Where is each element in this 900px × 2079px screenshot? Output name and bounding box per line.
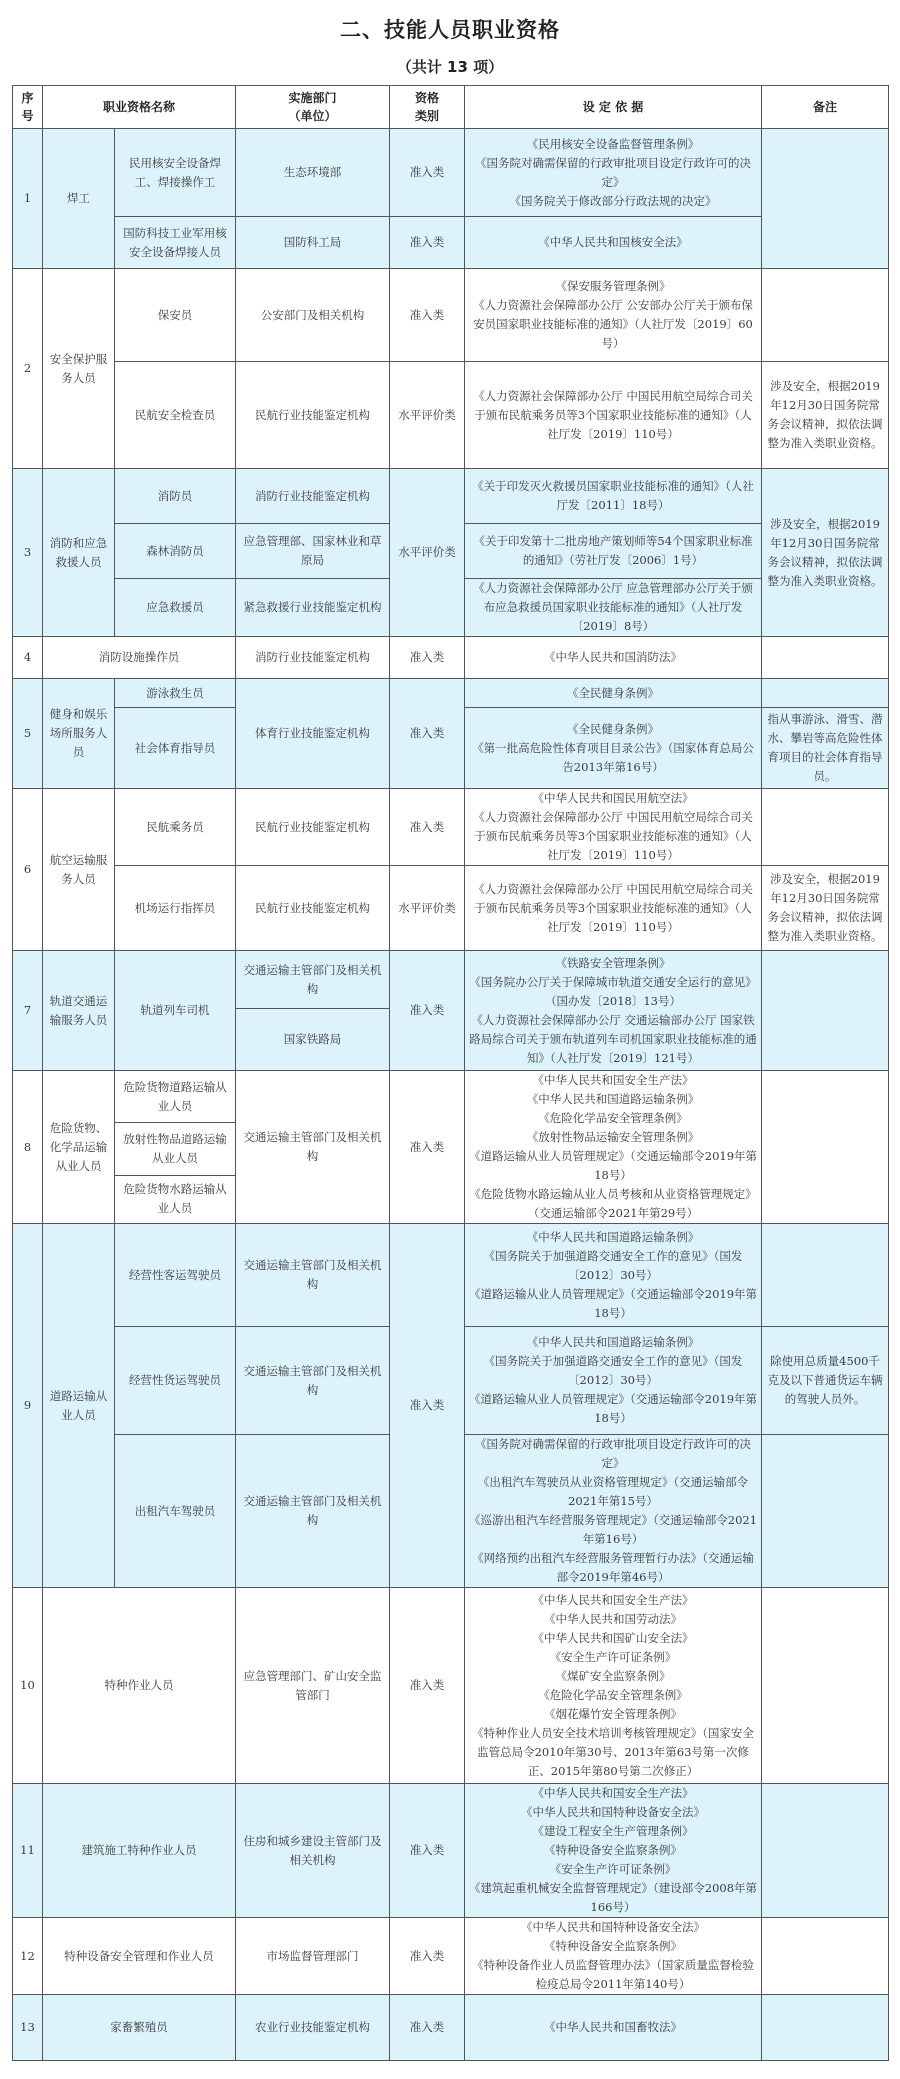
header-dept: 实施部门（单位） — [236, 86, 390, 129]
basis-item: 《中华人民共和国劳动法》 — [469, 1610, 757, 1629]
cell-basis: 《关于印发第十二批房地产策划师等54个国家职业标准的通知》（劳社厅发〔2006〕… — [465, 524, 762, 579]
cell-no: 12 — [13, 1918, 43, 1995]
cell-no: 4 — [13, 637, 43, 679]
basis-item: 《中华人民共和国特种设备安全法》 — [469, 1918, 757, 1937]
cell-type: 准入类 — [390, 637, 465, 679]
basis-item: 《特种作业人员安全技术培训考核管理规定》（国家安全监管总局令2010年第30号、… — [469, 1724, 757, 1781]
cell-type: 准入类 — [390, 1588, 465, 1784]
header-name: 职业资格名称 — [43, 86, 236, 129]
basis-item: 《人力资源社会保障部办公厅 中国民用航空局综合司关于颁布民航乘务员等3个国家职业… — [469, 808, 757, 865]
basis-item: 《中华人民共和国民用航空法》 — [469, 789, 757, 808]
header-type-line1: 资格 — [394, 89, 460, 107]
table-row: 12 特种设备安全管理和作业人员 市场监督管理部门 准入类 《中华人民共和国特种… — [13, 1918, 889, 1995]
cell-dept: 消防行业技能鉴定机构 — [236, 637, 390, 679]
basis-item: 《中华人民共和国道路运输条例》 — [469, 1228, 757, 1247]
basis-item: 《人力资源社会保障部办公厅 应急管理部办公厅关于颁布应急救援员国家职业技能标准的… — [469, 579, 757, 636]
cell-dept: 紧急救援行业技能鉴定机构 — [236, 579, 390, 637]
cell-note: 除使用总质量4500千克及以下普通货运车辆的驾驶人员外。 — [762, 1327, 889, 1435]
cell-type: 水平评价类 — [390, 362, 465, 469]
cell-category: 安全保护服务人员 — [43, 269, 115, 469]
cell-note — [762, 637, 889, 679]
basis-item: 《中华人民共和国畜牧法》 — [469, 2018, 757, 2037]
basis-item: 《危险货物水路运输从业人员考核和从业资格管理规定》（交通运输部令2021年第29… — [469, 1185, 757, 1223]
cell-name: 机场运行指挥员 — [115, 866, 236, 951]
header-type-line2: 类别 — [394, 107, 460, 125]
cell-dept: 市场监督管理部门 — [236, 1918, 390, 1995]
cell-basis: 《保安服务管理条例》 《人力资源社会保障部办公厅 公安部办公厅关于颁布保安员国家… — [465, 269, 762, 362]
page-title: 二、技能人员职业资格 — [0, 14, 900, 44]
basis-item: 《安全生产许可证条例》 — [469, 1860, 757, 1879]
cell-note — [762, 129, 889, 269]
table-row: 国防科技工业军用核安全设备焊接人员 国防科工局 准入类 《中华人民共和国核安全法… — [13, 217, 889, 269]
table-row: 2 安全保护服务人员 保安员 公安部门及相关机构 准入类 《保安服务管理条例》 … — [13, 269, 889, 362]
cell-name: 游泳救生员 — [115, 679, 236, 708]
cell-category: 道路运输从业人员 — [43, 1224, 115, 1588]
basis-item: 《出租汽车驾驶员从业资格管理规定》（交通运输部令2021年第15号） — [469, 1473, 757, 1511]
cell-name: 民航安全检查员 — [115, 362, 236, 469]
header-no-label: 序号 — [21, 91, 33, 123]
basis-item: 《国务院对确需保留的行政审批项目设定行政许可的决定》 — [469, 1435, 757, 1473]
basis-item: 《危险化学品安全管理条例》 — [469, 1109, 757, 1128]
cell-category: 轨道交通运输服务人员 — [43, 951, 115, 1071]
basis-item: 《人力资源社会保障部办公厅 交通运输部办公厅 国家铁路局综合司关于颁布轨道列车司… — [469, 1011, 757, 1068]
cell-type: 水平评价类 — [390, 469, 465, 637]
header-basis: 设 定 依 据 — [465, 86, 762, 129]
cell-basis: 《中华人民共和国道路运输条例》 《国务院关于加强道路交通安全工作的意见》（国发〔… — [465, 1224, 762, 1327]
cell-dept: 生态环境部 — [236, 129, 390, 217]
basis-item: 《中华人民共和国安全生产法》 — [469, 1591, 757, 1610]
header-type: 资格类别 — [390, 86, 465, 129]
table-row: 9 道路运输从业人员 经营性客运驾驶员 交通运输主管部门及相关机构 准入类 《中… — [13, 1224, 889, 1327]
cell-no: 13 — [13, 1995, 43, 2061]
cell-dept: 应急管理部、国家林业和草原局 — [236, 524, 390, 579]
table-row: 民航安全检查员 民航行业技能鉴定机构 水平评价类 《人力资源社会保障部办公厅 中… — [13, 362, 889, 469]
cell-note — [762, 1588, 889, 1784]
cell-dept: 体育行业技能鉴定机构 — [236, 679, 390, 789]
basis-item: 《煤矿安全监察条例》 — [469, 1667, 757, 1686]
basis-item: 《特种设备作业人员监督管理办法》（国家质量监督检验检疫总局令2011年第140号… — [469, 1956, 757, 1994]
basis-item: 《放射性物品运输安全管理条例》 — [469, 1128, 757, 1147]
cell-name: 森林消防员 — [115, 524, 236, 579]
basis-item: 《铁路安全管理条例》 — [469, 954, 757, 973]
header-dept-line1: 实施部门 — [240, 89, 385, 107]
cell-basis: 《中华人民共和国道路运输条例》 《国务院关于加强道路交通安全工作的意见》（国发〔… — [465, 1327, 762, 1435]
cell-type: 准入类 — [390, 129, 465, 217]
cell-note: 涉及安全，根据2019年12月30日国务院常务会议精神，拟依法调整为准入类职业资… — [762, 866, 889, 951]
cell-type: 准入类 — [390, 679, 465, 789]
cell-type: 准入类 — [390, 269, 465, 362]
cell-note — [762, 1918, 889, 1995]
cell-type: 水平评价类 — [390, 866, 465, 951]
table-row: 10 特种作业人员 应急管理部门、矿山安全监管部门 准入类 《中华人民共和国安全… — [13, 1588, 889, 1784]
cell-dept: 交通运输主管部门及相关机构 — [236, 1224, 390, 1327]
basis-item: 《巡游出租汽车经营服务管理规定》（交通运输部令2021年第16号） — [469, 1511, 757, 1549]
cell-name: 国防科技工业军用核安全设备焊接人员 — [115, 217, 236, 269]
cell-name: 民航乘务员 — [115, 789, 236, 866]
cell-category: 消防和应急救援人员 — [43, 469, 115, 637]
qualification-table: 序号 职业资格名称 实施部门（单位） 资格类别 设 定 依 据 备注 1 焊工 … — [12, 85, 889, 2061]
cell-dept: 交通运输主管部门及相关机构 — [236, 1071, 390, 1224]
basis-item: 《民用核安全设备监督管理条例》 — [469, 135, 757, 154]
cell-basis: 《中华人民共和国安全生产法》 《中华人民共和国特种设备安全法》 《建设工程安全生… — [465, 1784, 762, 1918]
basis-item: 《建筑起重机械安全监督管理规定》（建设部令2008年第166号） — [469, 1879, 757, 1917]
table-row: 11 建筑施工特种作业人员 住房和城乡建设主管部门及相关机构 准入类 《中华人民… — [13, 1784, 889, 1918]
cell-type: 准入类 — [390, 217, 465, 269]
cell-no: 9 — [13, 1224, 43, 1588]
cell-basis: 《民用核安全设备监督管理条例》 《国务院对确需保留的行政审批项目设定行政许可的决… — [465, 129, 762, 217]
cell-note — [762, 1784, 889, 1918]
basis-item: 《关于印发第十二批房地产策划师等54个国家职业标准的通知》（劳社厅发〔2006〕… — [469, 532, 757, 570]
cell-dept: 交通运输主管部门及相关机构 — [236, 1435, 390, 1588]
cell-category: 危险货物、化学品运输从业人员 — [43, 1071, 115, 1224]
cell-name: 保安员 — [115, 269, 236, 362]
cell-basis: 《中华人民共和国民用航空法》 《人力资源社会保障部办公厅 中国民用航空局综合司关… — [465, 789, 762, 866]
basis-item: 《道路运输从业人员管理规定》（交通运输部令2019年第18号） — [469, 1285, 757, 1323]
basis-item: 《中华人民共和国道路运输条例》 — [469, 1333, 757, 1352]
cell-no: 8 — [13, 1071, 43, 1224]
cell-category: 消防设施操作员 — [43, 637, 236, 679]
cell-dept: 民航行业技能鉴定机构 — [236, 362, 390, 469]
cell-dept: 住房和城乡建设主管部门及相关机构 — [236, 1784, 390, 1918]
cell-no: 7 — [13, 951, 43, 1071]
cell-category: 健身和娱乐场所服务人员 — [43, 679, 115, 789]
basis-item: 《中华人民共和国安全生产法》 — [469, 1784, 757, 1803]
cell-name: 消防员 — [115, 469, 236, 524]
cell-dept: 农业行业技能鉴定机构 — [236, 1995, 390, 2061]
cell-note — [762, 1435, 889, 1588]
cell-basis: 《国务院对确需保留的行政审批项目设定行政许可的决定》 《出租汽车驾驶员从业资格管… — [465, 1435, 762, 1588]
table-row: 机场运行指挥员 民航行业技能鉴定机构 水平评价类 《人力资源社会保障部办公厅 中… — [13, 866, 889, 951]
table-row: 6 航空运输服务人员 民航乘务员 民航行业技能鉴定机构 准入类 《中华人民共和国… — [13, 789, 889, 866]
cell-note — [762, 679, 889, 708]
cell-basis: 《关于印发灭火救援员国家职业技能标准的通知》（人社厅发〔2011〕18号） — [465, 469, 762, 524]
cell-note — [762, 1071, 889, 1224]
cell-dept: 公安部门及相关机构 — [236, 269, 390, 362]
cell-note: 涉及安全，根据2019年12月30日国务院常务会议精神，拟依法调整为准入类职业资… — [762, 362, 889, 469]
cell-no: 11 — [13, 1784, 43, 1918]
cell-note — [762, 1995, 889, 2061]
cell-note: 涉及安全，根据2019年12月30日国务院常务会议精神，拟依法调整为准入类职业资… — [762, 469, 889, 637]
basis-item: 《特种设备安全监察条例》 — [469, 1937, 757, 1956]
cell-basis: 《全民健身条例》 — [465, 679, 762, 708]
table-row: 1 焊工 民用核安全设备焊工、焊接操作工 生态环境部 准入类 《民用核安全设备监… — [13, 129, 889, 217]
cell-basis: 《中华人民共和国安全生产法》 《中华人民共和国道路运输条例》 《危险化学品安全管… — [465, 1071, 762, 1224]
cell-dept: 国家铁路局 — [236, 1009, 390, 1071]
cell-type: 准入类 — [390, 1918, 465, 1995]
cell-basis: 《中华人民共和国安全生产法》 《中华人民共和国劳动法》 《中华人民共和国矿山安全… — [465, 1588, 762, 1784]
table-row: 3 消防和应急救援人员 消防员 消防行业技能鉴定机构 水平评价类 《关于印发灭火… — [13, 469, 889, 524]
basis-item: 《道路运输从业人员管理规定》（交通运输部令2019年第18号） — [469, 1147, 757, 1185]
basis-item: 《危险化学品安全管理条例》 — [469, 1686, 757, 1705]
cell-dept: 交通运输主管部门及相关机构 — [236, 951, 390, 1009]
cell-basis: 《人力资源社会保障部办公厅 应急管理部办公厅关于颁布应急救援员国家职业技能标准的… — [465, 579, 762, 637]
cell-category: 特种设备安全管理和作业人员 — [43, 1918, 236, 1995]
table-row: 7 轨道交通运输服务人员 轨道列车司机 交通运输主管部门及相关机构 准入类 《铁… — [13, 951, 889, 1009]
cell-basis: 《人力资源社会保障部办公厅 中国民用航空局综合司关于颁布民航乘务员等3个国家职业… — [465, 362, 762, 469]
cell-category: 航空运输服务人员 — [43, 789, 115, 951]
cell-category: 特种作业人员 — [43, 1588, 236, 1784]
cell-category: 焊工 — [43, 129, 115, 269]
cell-name: 放射性物品道路运输从业人员 — [115, 1123, 236, 1175]
cell-note — [762, 951, 889, 1071]
basis-item: 《关于印发灭火救援员国家职业技能标准的通知》（人社厅发〔2011〕18号） — [469, 477, 757, 515]
cell-name: 应急救援员 — [115, 579, 236, 637]
cell-no: 6 — [13, 789, 43, 951]
cell-name: 社会体育指导员 — [115, 708, 236, 789]
cell-no: 3 — [13, 469, 43, 637]
basis-item: 《全民健身条例》 — [469, 684, 757, 703]
basis-item: 《全民健身条例》 — [469, 720, 757, 739]
table-row: 4 消防设施操作员 消防行业技能鉴定机构 准入类 《中华人民共和国消防法》 — [13, 637, 889, 679]
cell-dept: 应急管理部门、矿山安全监管部门 — [236, 1588, 390, 1784]
cell-note: 指从事游泳、滑雪、潜水、攀岩等高危险性体育项目的社会体育指导员。 — [762, 708, 889, 789]
basis-item: 《特种设备安全监察条例》 — [469, 1841, 757, 1860]
cell-basis: 《人力资源社会保障部办公厅 中国民用航空局综合司关于颁布民航乘务员等3个国家职业… — [465, 866, 762, 951]
table-row: 5 健身和娱乐场所服务人员 游泳救生员 体育行业技能鉴定机构 准入类 《全民健身… — [13, 679, 889, 708]
cell-basis: 《全民健身条例》 《第一批高危险性体育项目目录公告》（国家体育总局公告2013年… — [465, 708, 762, 789]
cell-dept: 民航行业技能鉴定机构 — [236, 789, 390, 866]
cell-type: 准入类 — [390, 789, 465, 866]
basis-item: 《网络预约出租汽车经营服务管理暂行办法》（交通运输部令2019年第46号） — [469, 1549, 757, 1587]
basis-item: 《道路运输从业人员管理规定》（交通运输部令2019年第18号） — [469, 1390, 757, 1428]
basis-item: 《中华人民共和国安全生产法》 — [469, 1071, 757, 1090]
cell-name: 经营性客运驾驶员 — [115, 1224, 236, 1327]
header-dept-line2: （单位） — [240, 107, 385, 125]
basis-item: 《第一批高危险性体育项目目录公告》（国家体育总局公告2013年第16号） — [469, 739, 757, 777]
header-no: 序号 — [13, 86, 43, 129]
cell-no: 1 — [13, 129, 43, 269]
cell-name: 轨道列车司机 — [115, 951, 236, 1071]
cell-basis: 《铁路安全管理条例》 《国务院办公厅关于保障城市轨道交通安全运行的意见》（国办发… — [465, 951, 762, 1071]
cell-no: 10 — [13, 1588, 43, 1784]
basis-item: 《中华人民共和国核安全法》 — [469, 233, 757, 252]
basis-item: 《人力资源社会保障部办公厅 中国民用航空局综合司关于颁布民航乘务员等3个国家职业… — [469, 387, 757, 444]
cell-category: 家畜繁殖员 — [43, 1995, 236, 2061]
basis-item: 《中华人民共和国矿山安全法》 — [469, 1629, 757, 1648]
cell-note — [762, 789, 889, 866]
basis-item: 《中华人民共和国特种设备安全法》 — [469, 1803, 757, 1822]
cell-no: 5 — [13, 679, 43, 789]
cell-name: 出租汽车驾驶员 — [115, 1435, 236, 1588]
basis-item: 《中华人民共和国消防法》 — [469, 648, 757, 667]
basis-item: 《保安服务管理条例》 — [469, 277, 757, 296]
cell-type: 准入类 — [390, 1224, 465, 1588]
cell-basis: 《中华人民共和国畜牧法》 — [465, 1995, 762, 2061]
table-row: 8 危险货物、化学品运输从业人员 危险货物道路运输从业人员 交通运输主管部门及相… — [13, 1071, 889, 1123]
cell-name: 危险货物水路运输从业人员 — [115, 1175, 236, 1223]
basis-item: 《烟花爆竹安全管理条例》 — [469, 1705, 757, 1724]
basis-item: 《人力资源社会保障部办公厅 公安部办公厅关于颁布保安员国家职业技能标准的通知》（… — [469, 296, 757, 353]
cell-type: 准入类 — [390, 951, 465, 1071]
basis-item: 《国务院关于修改部分行政法规的决定》 — [469, 192, 757, 211]
cell-dept: 国防科工局 — [236, 217, 390, 269]
cell-name: 经营性货运驾驶员 — [115, 1327, 236, 1435]
header-note: 备注 — [762, 86, 889, 129]
cell-dept: 消防行业技能鉴定机构 — [236, 469, 390, 524]
cell-note — [762, 1224, 889, 1327]
cell-name: 民用核安全设备焊工、焊接操作工 — [115, 129, 236, 217]
cell-basis: 《中华人民共和国核安全法》 — [465, 217, 762, 269]
table-row: 13 家畜繁殖员 农业行业技能鉴定机构 准入类 《中华人民共和国畜牧法》 — [13, 1995, 889, 2061]
cell-basis: 《中华人民共和国特种设备安全法》 《特种设备安全监察条例》 《特种设备作业人员监… — [465, 1918, 762, 1995]
cell-dept: 民航行业技能鉴定机构 — [236, 866, 390, 951]
cell-type: 准入类 — [390, 1995, 465, 2061]
basis-item: 《国务院办公厅关于保障城市轨道交通安全运行的意见》（国办发〔2018〕13号） — [469, 973, 757, 1011]
cell-basis: 《中华人民共和国消防法》 — [465, 637, 762, 679]
basis-item: 《国务院对确需保留的行政审批项目设定行政许可的决定》 — [469, 154, 757, 192]
cell-type: 准入类 — [390, 1071, 465, 1224]
page-subtitle: （共计 13 项） — [0, 56, 900, 77]
cell-category: 建筑施工特种作业人员 — [43, 1784, 236, 1918]
cell-name: 危险货物道路运输从业人员 — [115, 1071, 236, 1123]
cell-dept: 交通运输主管部门及相关机构 — [236, 1327, 390, 1435]
basis-item: 《安全生产许可证条例》 — [469, 1648, 757, 1667]
basis-item: 《中华人民共和国道路运输条例》 — [469, 1090, 757, 1109]
basis-item: 《建设工程安全生产管理条例》 — [469, 1822, 757, 1841]
cell-no: 2 — [13, 269, 43, 469]
table-header-row: 序号 职业资格名称 实施部门（单位） 资格类别 设 定 依 据 备注 — [13, 86, 889, 129]
cell-note — [762, 269, 889, 362]
basis-item: 《国务院关于加强道路交通安全工作的意见》（国发〔2012〕30号） — [469, 1352, 757, 1390]
cell-type: 准入类 — [390, 1784, 465, 1918]
basis-item: 《人力资源社会保障部办公厅 中国民用航空局综合司关于颁布民航乘务员等3个国家职业… — [469, 880, 757, 937]
basis-item: 《国务院关于加强道路交通安全工作的意见》（国发〔2012〕30号） — [469, 1247, 757, 1285]
